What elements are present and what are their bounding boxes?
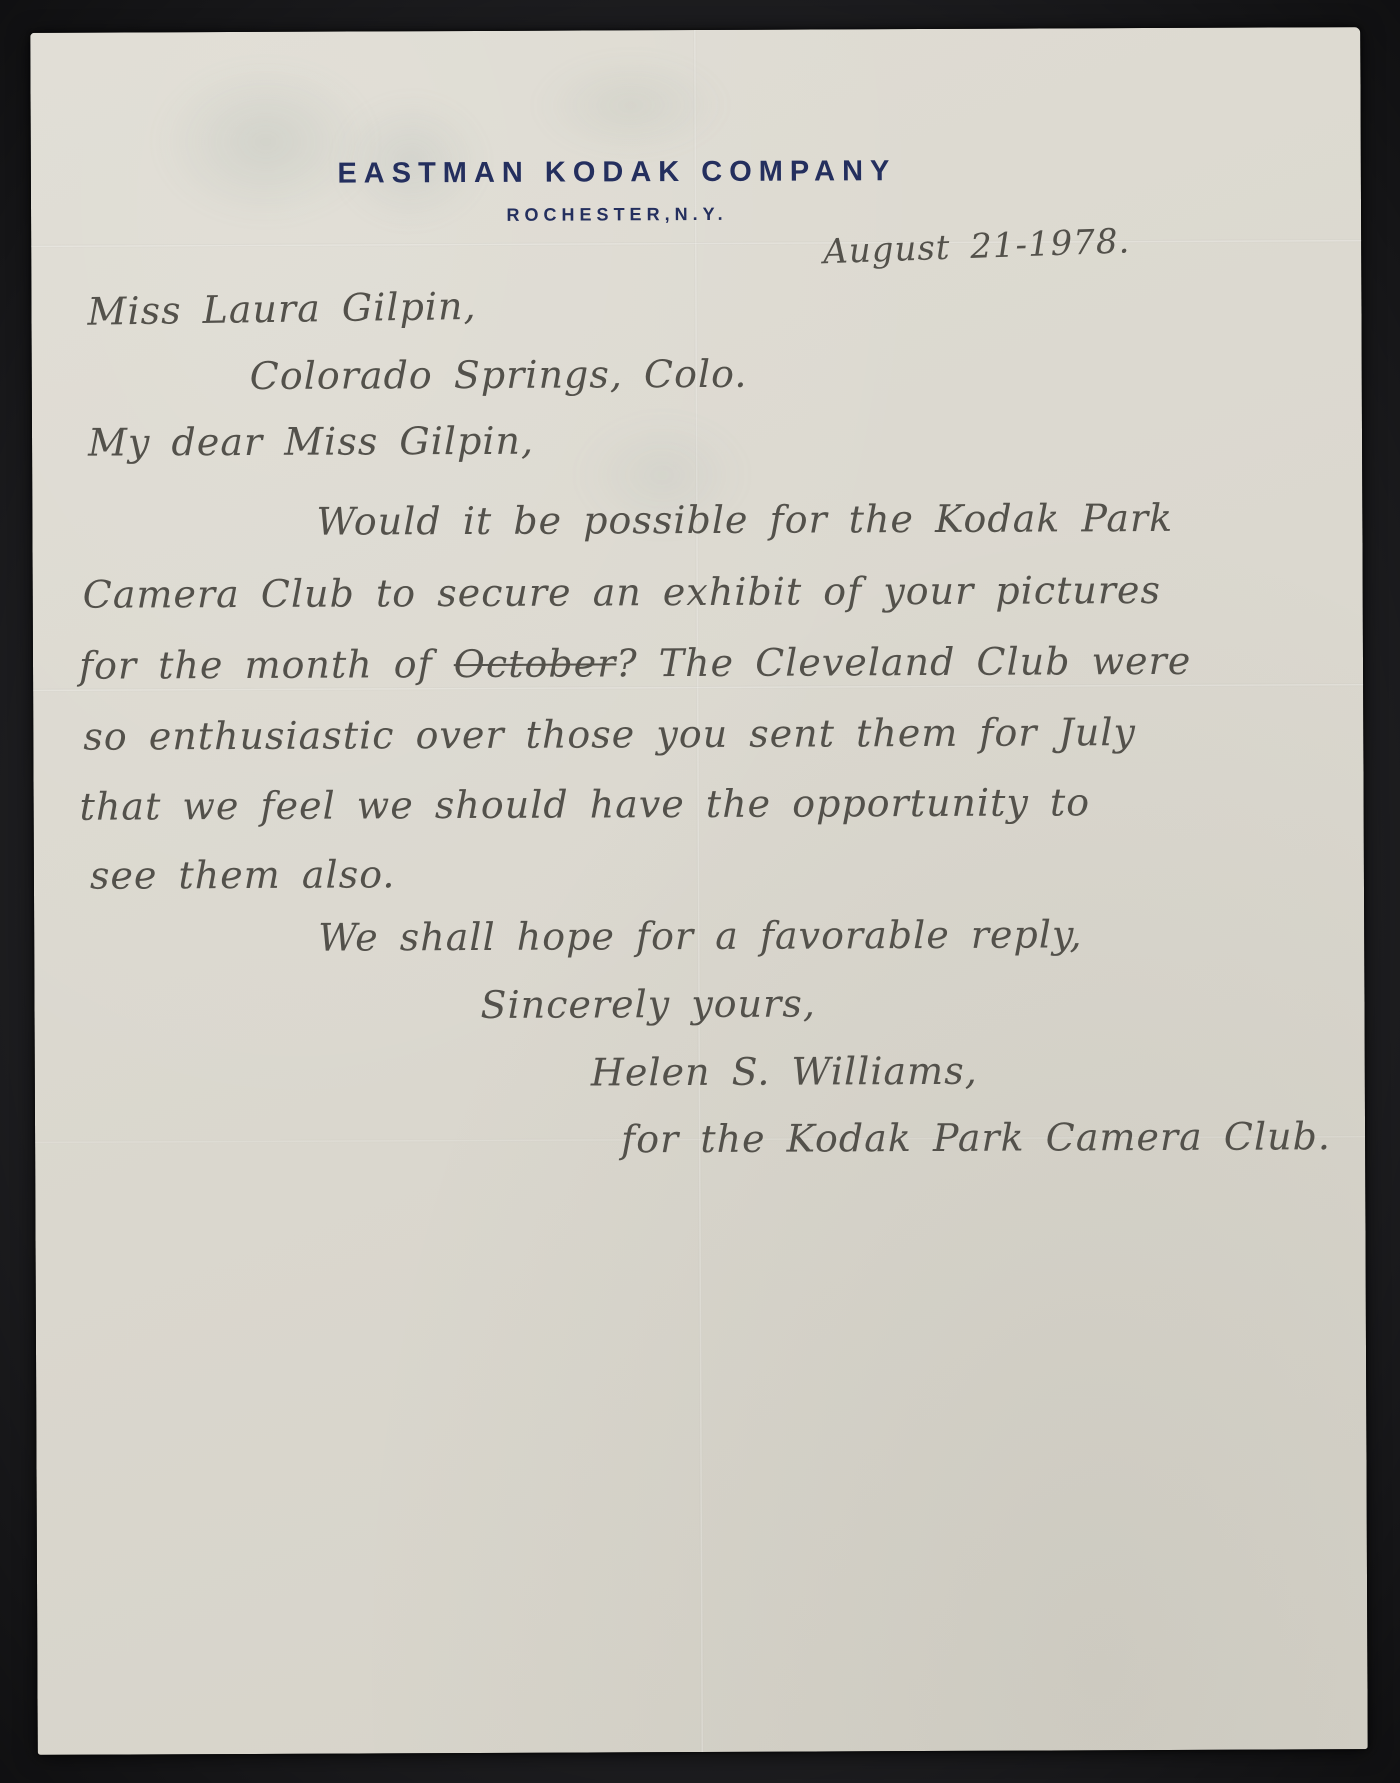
recipient-address: Colorado Springs, Colo. bbox=[250, 352, 748, 398]
letter-paper: EASTMAN KODAK COMPANY ROCHESTER,N.Y. Aug… bbox=[30, 27, 1368, 1755]
ink-showthrough-mark bbox=[530, 50, 730, 161]
fold-crease-vertical bbox=[693, 30, 704, 1752]
salutation: My dear Miss Gilpin, bbox=[88, 419, 534, 465]
signature-name: Helen S. Williams, bbox=[591, 1049, 978, 1095]
recipient-name: Miss Laura Gilpin, bbox=[87, 284, 477, 334]
body-line-5: that we feel we should have the opportun… bbox=[80, 780, 1091, 828]
letterhead-location: ROCHESTER,N.Y. bbox=[338, 203, 897, 226]
body-line-3-struck-word: October bbox=[454, 641, 617, 686]
letterhead: EASTMAN KODAK COMPANY ROCHESTER,N.Y. bbox=[337, 155, 896, 226]
date-line: August 21-1978. bbox=[823, 221, 1131, 272]
body-line-3: for the month of October? The Cleveland … bbox=[79, 639, 1191, 688]
body-line-6: see them also. bbox=[90, 852, 396, 897]
body-line-2: Camera Club to secure an exhibit of your… bbox=[83, 568, 1161, 617]
letterhead-company-name: EASTMAN KODAK COMPANY bbox=[337, 155, 896, 190]
body-line-1: Would it be possible for the Kodak Park bbox=[316, 496, 1173, 544]
signature-role: for the Kodak Park Camera Club. bbox=[621, 1114, 1331, 1161]
body-line-3-post: ? The Cleveland Club were bbox=[616, 639, 1191, 686]
body-line-4: so enthusiastic over those you sent them… bbox=[83, 710, 1136, 759]
closing-request-line: We shall hope for a favorable reply, bbox=[318, 912, 1082, 959]
body-line-3-pre: for the month of bbox=[79, 642, 454, 688]
valediction-line: Sincerely yours, bbox=[480, 981, 816, 1026]
